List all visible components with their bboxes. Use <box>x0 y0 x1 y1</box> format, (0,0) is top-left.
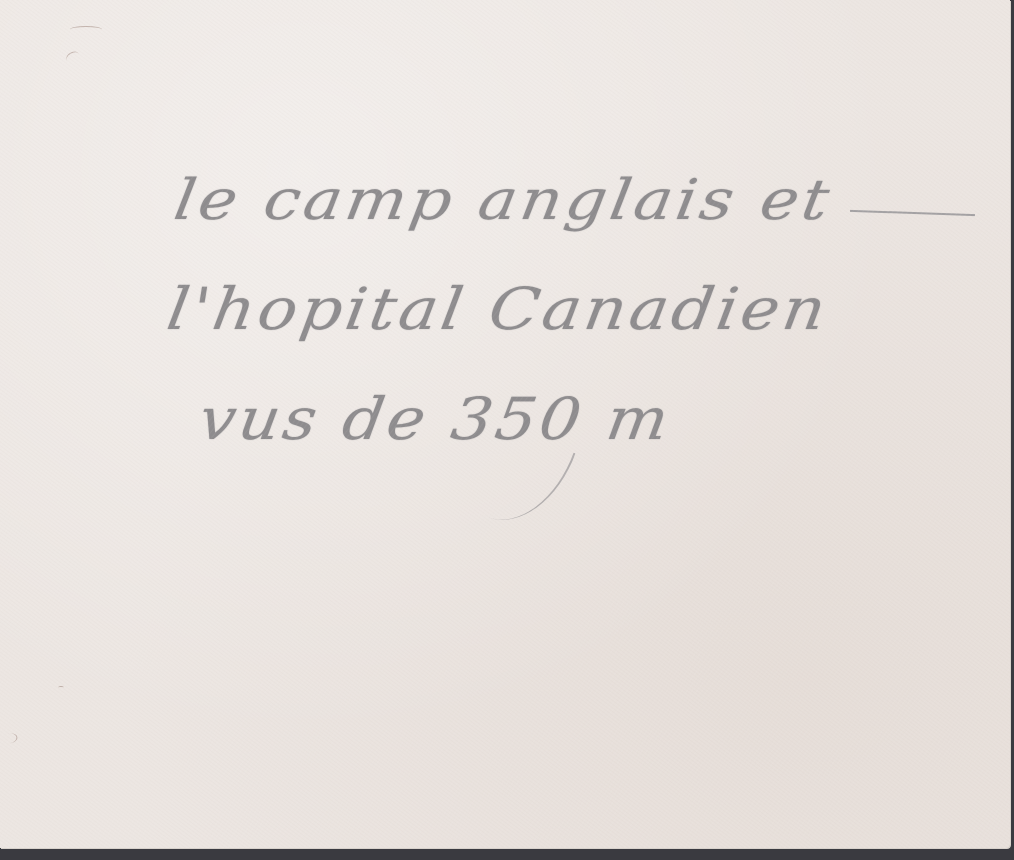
handwritten-line-2: l'hopital Canadien <box>163 275 834 343</box>
handwritten-line-3: vus de 350 m <box>195 385 677 453</box>
paper-fiber <box>58 686 64 689</box>
pen-stroke-flourish <box>850 210 975 216</box>
handwritten-line-1: le camp anglais et <box>170 168 837 233</box>
paper-card: le camp anglais et l'hopital Canadien vu… <box>0 0 1010 848</box>
paper-fiber <box>0 732 18 745</box>
paper-fiber <box>70 26 102 33</box>
paper-fiber <box>64 49 82 66</box>
